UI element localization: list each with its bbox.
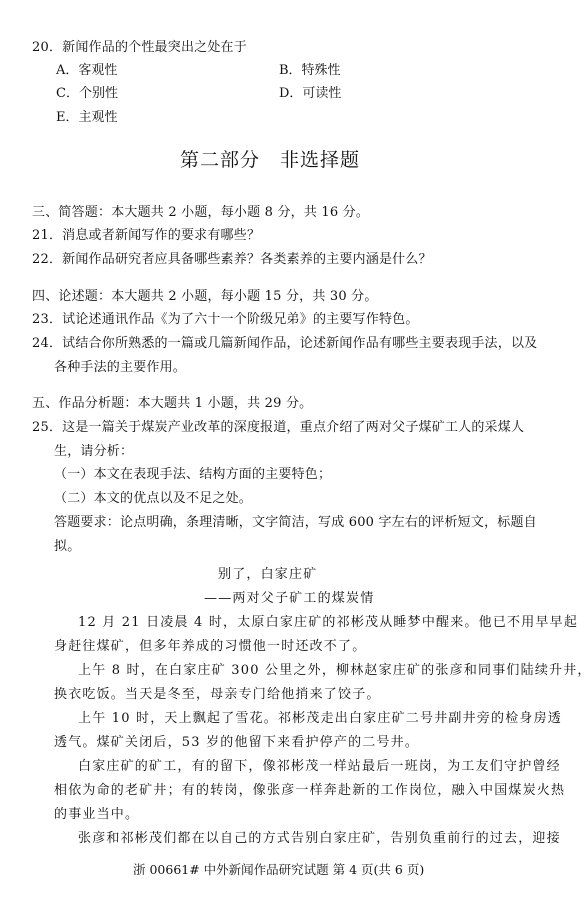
question-24-line-2: 各种手法的主要作用。 xyxy=(54,356,186,375)
article-line: 上午 8 时，在白家庄矿 300 公里之外，柳林赵家庄矿的张彦和同事们陆续升井， xyxy=(78,659,588,678)
article-line: 12 月 21 日凌晨 4 时，太原白家庄矿的祁彬茂从睡梦中醒来。他已不用早早起 xyxy=(78,611,578,630)
question-25-line-1: 25．这是一篇关于煤炭产业改革的深度报道，重点介绍了两对父子煤矿工人的采煤人 xyxy=(32,416,524,435)
option-c: C．个别性 xyxy=(56,82,118,101)
option-e: E．主观性 xyxy=(56,106,118,125)
question-21: 21．消息或者新闻写作的要求有哪些？ xyxy=(32,224,260,243)
section-4-header: 四、论述题：本大题共 2 小题，每小题 15 分，共 30 分。 xyxy=(32,285,378,304)
article-subtitle: ——两对父子矿工的煤炭情 xyxy=(204,587,374,606)
option-b: B．特殊性 xyxy=(279,59,341,78)
option-d: D．可读性 xyxy=(279,82,341,101)
section-5-header: 五、作品分析题：本大题共 1 小题，共 29 分。 xyxy=(32,392,312,411)
part-two-title: 第二部分 非选择题 xyxy=(180,145,360,172)
sub-question-1: （一）本文在表现手法、结构方面的主要特色； xyxy=(54,463,331,482)
option-a: A．客观性 xyxy=(56,59,117,78)
question-24-line-1: 24．试结合你所熟悉的一篇或几篇新闻作品，论述新闻作品有哪些主要表现手法，以及 xyxy=(32,332,537,351)
page-footer: 浙 00661# 中外新闻作品研究试题 第 4 页(共 6 页) xyxy=(133,860,424,878)
answer-requirement-line-1: 答题要求：论点明确，条理清晰，文字简洁，写成 600 字左右的评析短文，标题自 xyxy=(54,511,537,530)
section-3-header: 三、简答题：本大题共 2 小题，每小题 8 分，共 16 分。 xyxy=(32,201,369,220)
article-line: 上午 10 时，天上飘起了雪花。祁彬茂走出白家庄矿二号井副井旁的检身房透 xyxy=(78,707,562,726)
question-25-line-2: 生，请分析： xyxy=(54,440,133,459)
article-title: 别了，白家庄矿 xyxy=(218,563,317,582)
article-line: 身赶往煤矿，但多年养成的习惯他一时还改不了。 xyxy=(54,635,366,654)
article-line: 透气。煤矿关闭后，53 岁的他留下来看护停产的二号井。 xyxy=(54,731,419,750)
article-line: 换衣吃饭。当天是冬至，母亲专门给他捎来了饺子。 xyxy=(54,683,381,702)
article-line: 的事业当中。 xyxy=(54,803,139,822)
question-20-stem: 20．新闻作品的个性最突出之处在于 xyxy=(32,36,247,55)
question-23: 23．试论述通讯作品《为了六十一个阶级兄弟》的主要写作特色。 xyxy=(32,308,419,327)
sub-question-2: （二）本文的优点以及不足之处。 xyxy=(54,487,252,506)
question-22: 22．新闻作品研究者应具备哪些素养？各类素养的主要内涵是什么？ xyxy=(32,248,432,267)
article-line: 相依为命的老矿井；有的转岗，像张彦一样奔赴新的工作岗位，融入中国煤炭火热 xyxy=(54,779,565,798)
answer-requirement-line-2: 拟。 xyxy=(54,535,80,554)
article-line: 张彦和祁彬茂们都在以自己的方式告别白家庄矿，告别负重前行的过去，迎接 xyxy=(78,827,561,846)
article-line: 白家庄矿的矿工，有的留下，像祁彬茂一样站最后一班岗，为工友们守护曾经 xyxy=(78,755,561,774)
